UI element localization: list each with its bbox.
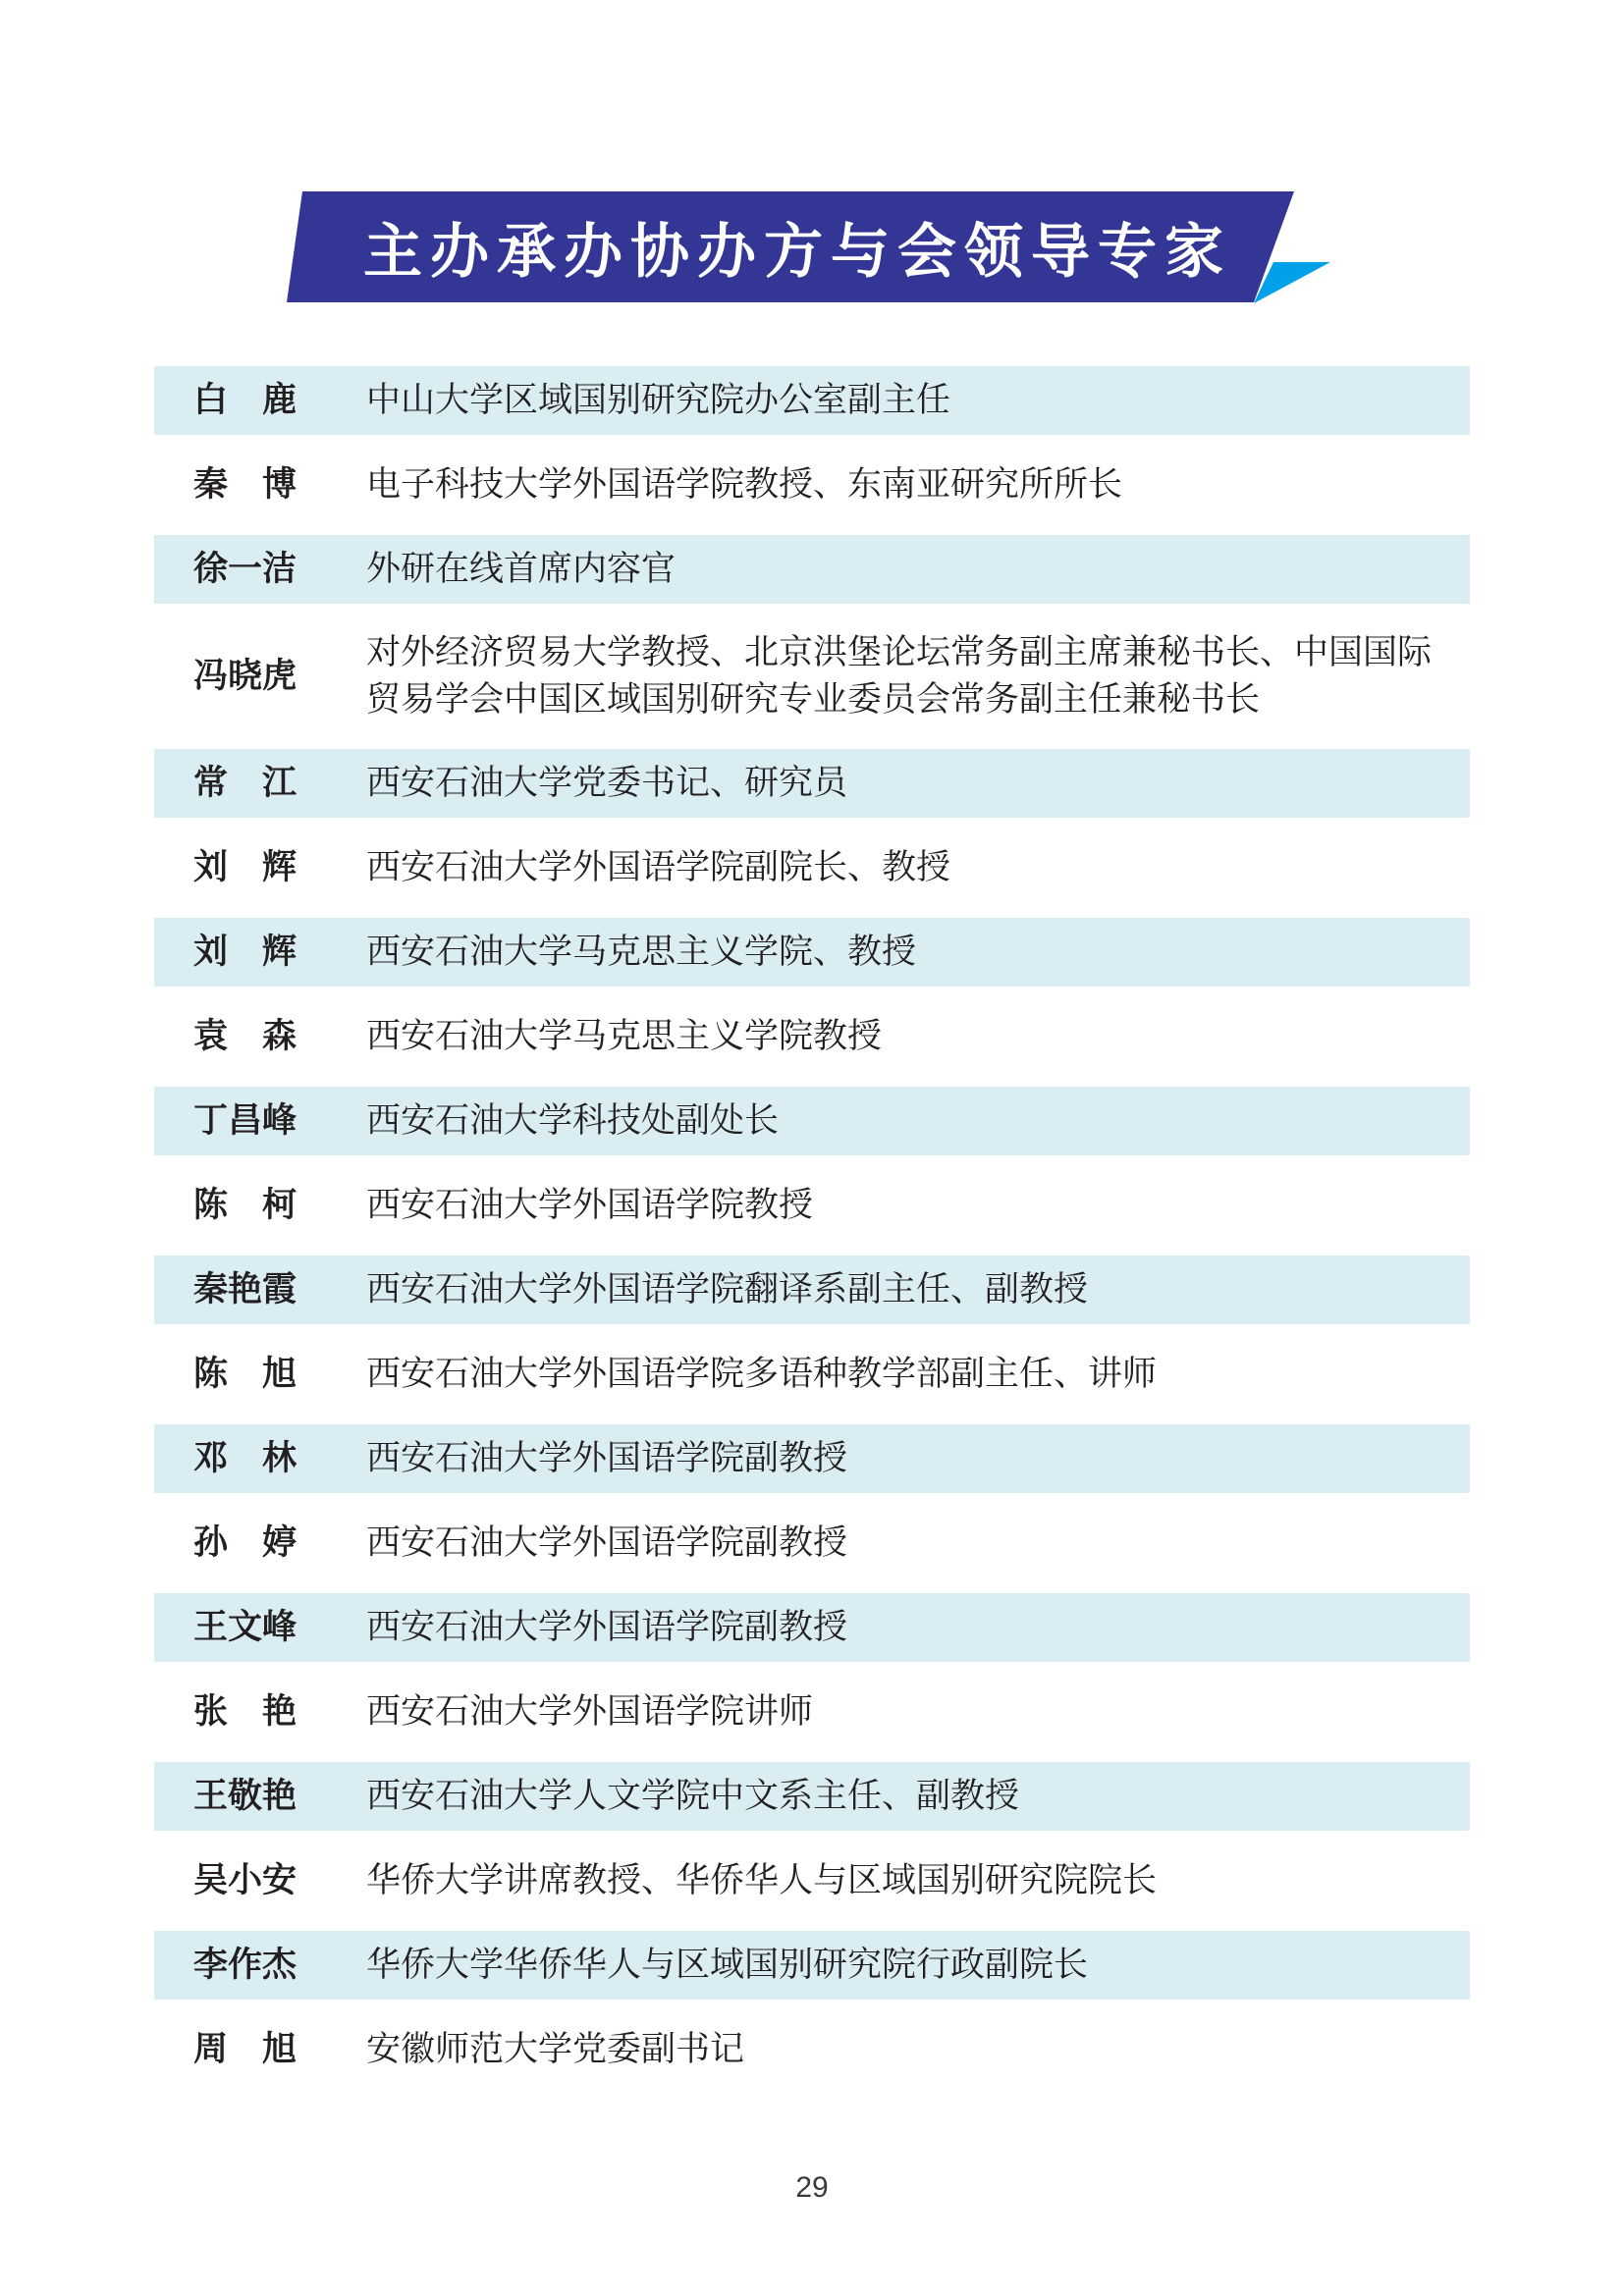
participant-row: 孙 婷 西安石油大学外国语学院副教授 — [154, 1509, 1470, 1577]
participant-name: 陈 旭 — [193, 1351, 366, 1398]
participant-title: 西安石油大学外国语学院多语种教学部副主任、讲师 — [366, 1351, 1440, 1398]
section-title: 主办承办协办方与会领导专家 — [306, 191, 1288, 302]
participant-row: 白 鹿 中山大学区域国别研究院办公室副主任 — [154, 366, 1470, 435]
participant-row: 常 江 西安石油大学党委书记、研究员 — [154, 749, 1470, 818]
participant-row: 陈 旭 西安石油大学外国语学院多语种教学部副主任、讲师 — [154, 1340, 1470, 1409]
participant-name: 陈 柯 — [193, 1182, 366, 1229]
participant-name: 冯晓虎 — [193, 653, 366, 700]
participant-title: 西安石油大学外国语学院副教授 — [366, 1435, 1440, 1482]
participant-name: 周 旭 — [193, 2026, 366, 2073]
participant-title: 西安石油大学科技处副处长 — [366, 1097, 1440, 1145]
participant-title: 西安石油大学党委书记、研究员 — [366, 760, 1440, 807]
participant-title: 西安石油大学外国语学院教授 — [366, 1182, 1440, 1229]
participant-row: 冯晓虎 对外经济贸易大学教授、北京洪堡论坛常务副主席兼秘书长、中国国际贸易学会中… — [154, 619, 1470, 733]
section-banner: 主办承办协办方与会领导专家 — [287, 191, 1342, 304]
participant-row: 刘 辉 西安石油大学马克思主义学院、教授 — [154, 918, 1470, 987]
participant-name: 刘 辉 — [193, 929, 366, 976]
participant-name: 李作杰 — [193, 1942, 366, 1989]
participant-title: 西安石油大学马克思主义学院、教授 — [366, 929, 1440, 976]
participant-title: 西安石油大学外国语学院讲师 — [366, 1688, 1440, 1735]
participant-name: 秦艳霞 — [193, 1266, 366, 1313]
participant-row: 王敬艳 西安石油大学人文学院中文系主任、副教授 — [154, 1762, 1470, 1831]
participant-title: 西安石油大学马克思主义学院教授 — [366, 1013, 1440, 1060]
participant-row: 徐一洁 外研在线首席内容官 — [154, 535, 1470, 604]
participant-name: 袁 森 — [193, 1013, 366, 1060]
participant-row: 秦 博 电子科技大学外国语学院教授、东南亚研究所所长 — [154, 451, 1470, 519]
participant-name: 孙 婷 — [193, 1520, 366, 1567]
participant-row: 李作杰 华侨大学华侨华人与区域国别研究院行政副院长 — [154, 1931, 1470, 2000]
participant-row: 吴小安 华侨大学讲席教授、华侨华人与区域国别研究院院长 — [154, 1846, 1470, 1915]
participant-row: 丁昌峰 西安石油大学科技处副处长 — [154, 1087, 1470, 1155]
participants-list: 白 鹿 中山大学区域国别研究院办公室副主任 秦 博 电子科技大学外国语学院教授、… — [154, 366, 1470, 2100]
participant-title: 外研在线首席内容官 — [366, 546, 1440, 593]
participant-title: 中山大学区域国别研究院办公室副主任 — [366, 377, 1440, 424]
participant-title: 华侨大学讲席教授、华侨华人与区域国别研究院院长 — [366, 1857, 1440, 1904]
participant-name: 张 艳 — [193, 1688, 366, 1735]
participant-name: 徐一洁 — [193, 546, 366, 593]
participant-name: 王文峰 — [193, 1604, 366, 1651]
participant-row: 陈 柯 西安石油大学外国语学院教授 — [154, 1171, 1470, 1240]
participant-name: 邓 林 — [193, 1435, 366, 1482]
participant-title: 对外经济贸易大学教授、北京洪堡论坛常务副主席兼秘书长、中国国际贸易学会中国区域国… — [366, 629, 1440, 723]
participant-row: 刘 辉 西安石油大学外国语学院副院长、教授 — [154, 833, 1470, 902]
page-number: 29 — [0, 2171, 1624, 2205]
participant-name: 白 鹿 — [193, 377, 366, 424]
participant-title: 华侨大学华侨华人与区域国别研究院行政副院长 — [366, 1942, 1440, 1989]
participant-title: 西安石油大学外国语学院翻译系副主任、副教授 — [366, 1266, 1440, 1313]
participant-row: 邓 林 西安石油大学外国语学院副教授 — [154, 1424, 1470, 1493]
participant-title: 西安石油大学外国语学院副教授 — [366, 1604, 1440, 1651]
participant-row: 周 旭 安徽师范大学党委副书记 — [154, 2015, 1470, 2084]
participant-name: 常 江 — [193, 760, 366, 807]
participant-title: 西安石油大学外国语学院副教授 — [366, 1520, 1440, 1567]
participant-title: 西安石油大学外国语学院副院长、教授 — [366, 844, 1440, 891]
participant-name: 王敬艳 — [193, 1773, 366, 1820]
participant-row: 袁 森 西安石油大学马克思主义学院教授 — [154, 1002, 1470, 1071]
participant-title: 安徽师范大学党委副书记 — [366, 2026, 1440, 2073]
participant-title: 西安石油大学人文学院中文系主任、副教授 — [366, 1773, 1440, 1820]
participant-name: 吴小安 — [193, 1857, 366, 1904]
participant-row: 秦艳霞 西安石油大学外国语学院翻译系副主任、副教授 — [154, 1255, 1470, 1324]
participant-name: 秦 博 — [193, 461, 366, 508]
participant-row: 张 艳 西安石油大学外国语学院讲师 — [154, 1678, 1470, 1746]
participant-row: 王文峰 西安石油大学外国语学院副教授 — [154, 1593, 1470, 1662]
participant-name: 刘 辉 — [193, 844, 366, 891]
participant-name: 丁昌峰 — [193, 1097, 366, 1145]
participant-title: 电子科技大学外国语学院教授、东南亚研究所所长 — [366, 461, 1440, 508]
